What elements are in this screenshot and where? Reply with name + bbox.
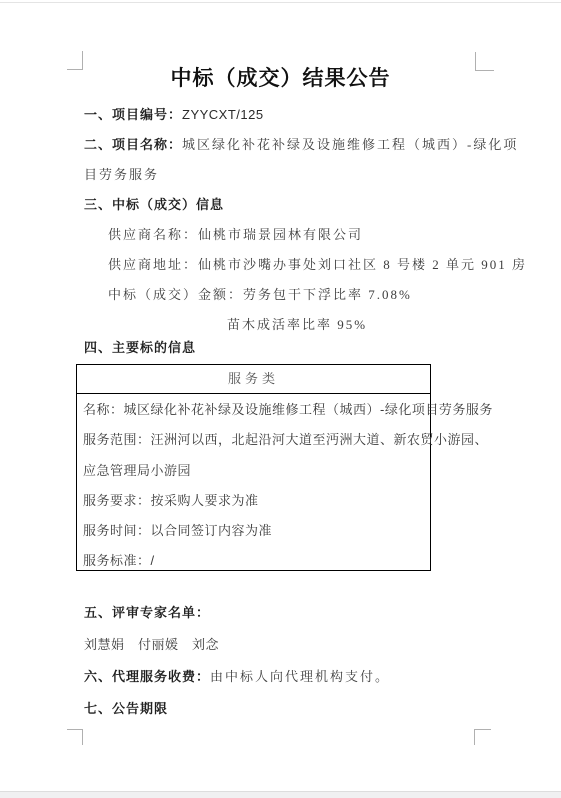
award-amount-line2: 苗木成活率比率 95%: [227, 316, 367, 333]
table-row-scope-line2: 应急管理局小游园: [83, 462, 191, 479]
award-amount-label: 中标（成交）金额：: [108, 287, 243, 302]
table-row-service-time: 服务时间：以合同签订内容为准: [83, 522, 272, 539]
text-boundary-mark-bottom-right: [474, 729, 491, 745]
table-row-requirement: 服务要求：按采购人要求为准: [83, 492, 259, 509]
section-2-project-name: 二、项目名称：城区绿化补花补绿及设施维修工程（城西）-绿化项: [84, 136, 518, 153]
section-4-heading: 四、主要标的信息: [84, 339, 196, 356]
award-amount-value2: 苗木成活率比率 95%: [227, 317, 367, 332]
supplier-address-value: 仙桃市沙嘴办事处刘口社区 8 号楼 2 单元 901 房: [198, 257, 527, 272]
text-boundary-mark-bottom-left: [67, 729, 83, 745]
section-6-label: 六、代理服务收费：: [84, 669, 210, 684]
table-row-scope-line1: 服务范围：汪洲河以西，北起沿河大道至沔洲大道、新农贸小游园、: [83, 431, 488, 448]
supplier-name-value: 仙桃市瑞景园林有限公司: [198, 227, 363, 242]
supplier-name-label: 供应商名称：: [108, 227, 198, 242]
section-7-heading: 七、公告期限: [84, 700, 168, 717]
award-amount-line: 中标（成交）金额：劳务包干下浮比率 7.08%: [108, 286, 412, 303]
section-3-heading: 三、中标（成交）信息: [84, 196, 224, 213]
table-row-service-standard: 服务标准：/: [83, 552, 155, 569]
section-2-label: 二、项目名称：: [84, 137, 182, 152]
supplier-address-label: 供应商地址：: [108, 257, 198, 272]
page-top-edge: [0, 2, 561, 3]
section-2-value-line1: 城区绿化补花补绿及设施维修工程（城西）-绿化项: [182, 137, 518, 152]
page-bottom-gap: [0, 791, 561, 798]
section-6-value: 由中标人向代理机构支付。: [210, 669, 390, 684]
main-subject-table: 服务类 名称：城区绿化补花补绿及设施维修工程（城西）-绿化项目劳务服务 服务范围…: [76, 364, 431, 571]
document-page: 中标（成交）结果公告 一、项目编号：ZYYCXT/125 二、项目名称：城区绿化…: [0, 0, 561, 798]
section-1-project-number: 一、项目编号：ZYYCXT/125: [84, 106, 264, 123]
supplier-address-line: 供应商地址：仙桃市沙嘴办事处刘口社区 8 号楼 2 单元 901 房: [108, 256, 527, 273]
award-amount-value1: 劳务包干下浮比率 7.08%: [243, 287, 412, 302]
document-title: 中标（成交）结果公告: [0, 62, 561, 92]
section-5-heading: 五、评审专家名单：: [84, 604, 210, 621]
section-6-agency-fee: 六、代理服务收费：由中标人向代理机构支付。: [84, 668, 390, 685]
expert-names: 刘慧娟 付丽媛 刘念: [84, 636, 219, 653]
table-header-service-category: 服务类: [77, 365, 430, 394]
section-1-label: 一、项目编号：: [84, 107, 182, 122]
supplier-name-line: 供应商名称：仙桃市瑞景园林有限公司: [108, 226, 363, 243]
section-2-value-line2: 目劳务服务: [84, 166, 159, 183]
section-1-value: ZYYCXT/125: [182, 107, 264, 122]
table-row-name: 名称：城区绿化补花补绿及设施维修工程（城西）-绿化项目劳务服务: [83, 401, 493, 418]
